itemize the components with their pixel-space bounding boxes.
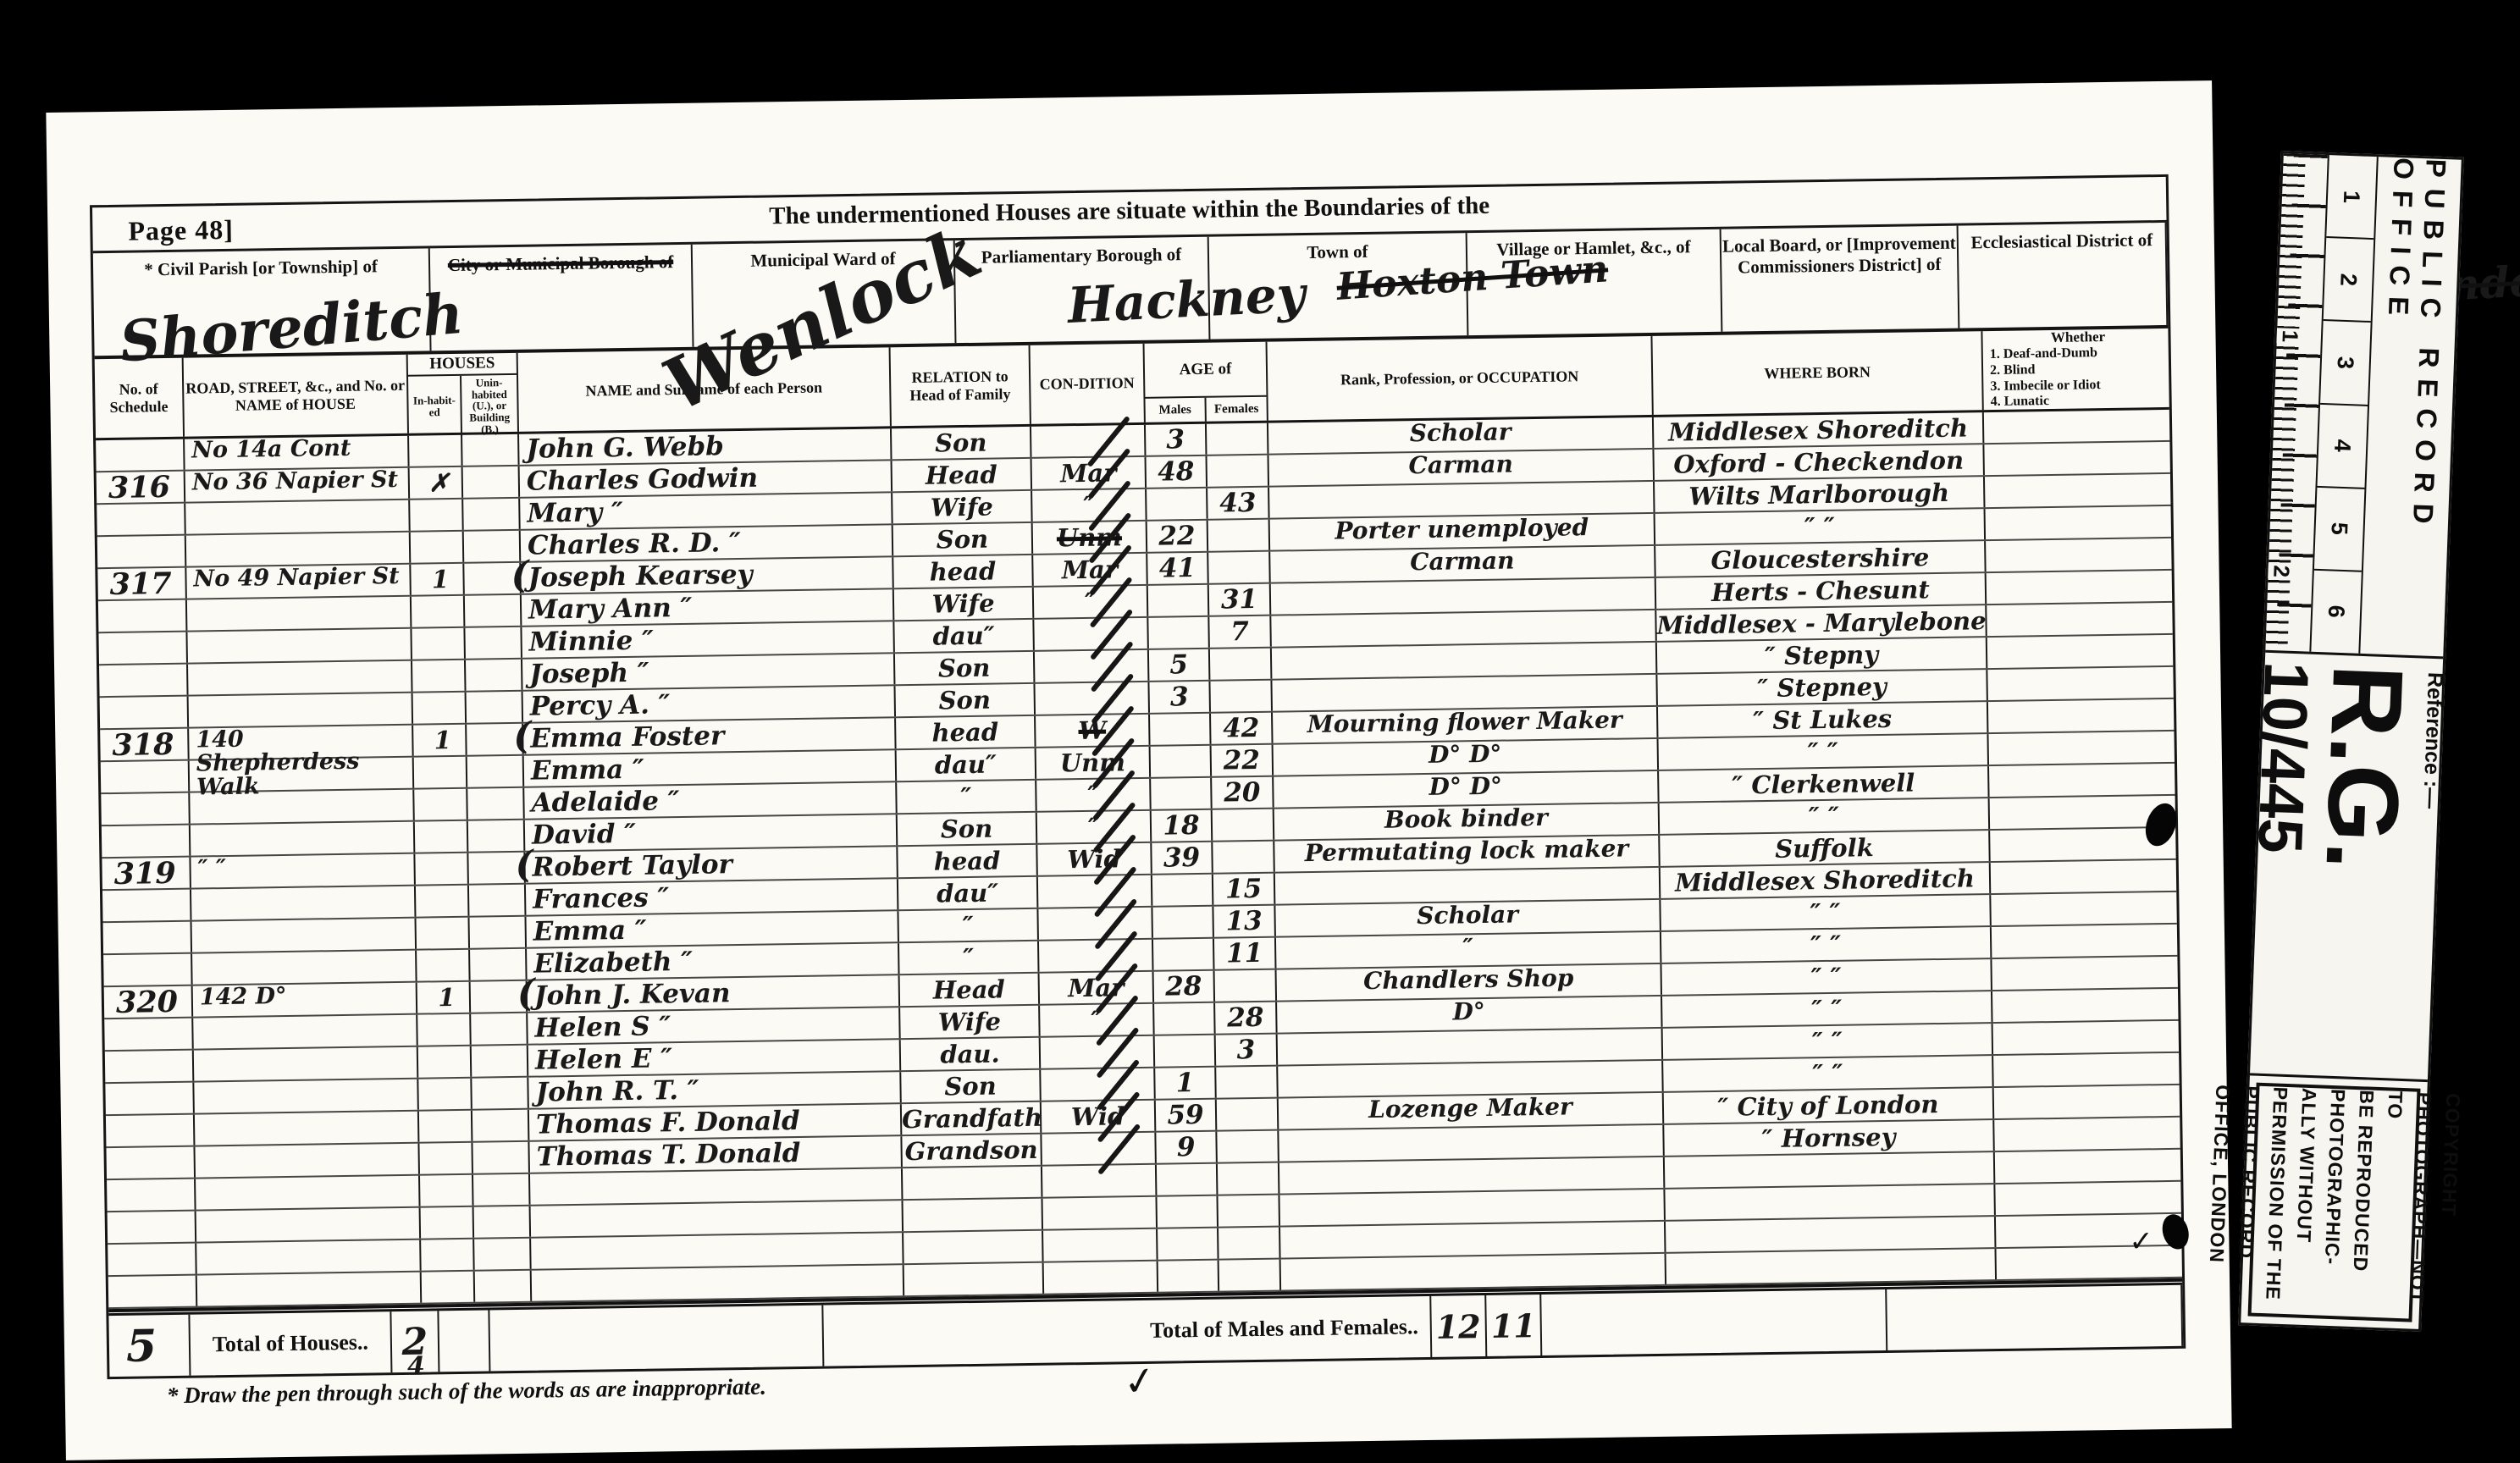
- cell-occupation: Permutating lock maker: [1274, 836, 1660, 872]
- cell-where-born: ″ ″: [1661, 959, 1992, 995]
- pro-reference-strip: 1 2 1 2 3 4 5 6 PUBLIC RECORD OFFICE Ref…: [2238, 151, 2464, 1332]
- col-age: AGE of: [1145, 342, 1267, 397]
- cell-road: [190, 758, 415, 792]
- cell-inhabited: [417, 1014, 472, 1046]
- cell-uninhabited: [474, 1206, 532, 1238]
- cell-where-born: ″ Stepny: [1657, 638, 1987, 673]
- cell-inhabited: [413, 693, 467, 724]
- total-schedules: 5: [108, 1315, 191, 1377]
- col-born: WHERE BORN: [1652, 331, 1983, 415]
- col-condition: CON-DITION: [1031, 344, 1146, 424]
- cell-age-males: [1158, 1261, 1220, 1292]
- ruler-section: 1 2 1 2 3 4 5 6 PUBLIC RECORD OFFICE: [2265, 153, 2461, 659]
- cell-age-females: 7: [1209, 616, 1272, 648]
- cell-whether: [1992, 989, 2179, 1022]
- cell-schedule: 320: [104, 986, 194, 1019]
- copyright-box: COPYRIGHT PHOTOGRAPH—NOT TO BE REPRODUCE…: [2248, 1083, 2421, 1322]
- cell-road: [195, 1144, 420, 1178]
- reference-rg: R.G.: [2303, 663, 2418, 1070]
- cell-whether: [1985, 474, 2171, 507]
- cell-road: [194, 1079, 419, 1113]
- cell-age-males: [1150, 714, 1212, 745]
- cell-road: [192, 951, 417, 985]
- cell-uninhabited: [467, 788, 525, 820]
- col-houses-group: HOUSES In-habit-ed Unin-habited (U.), or…: [408, 353, 519, 433]
- cell-road: [189, 693, 414, 727]
- cell-where-born: ″ ″: [1663, 1024, 1993, 1059]
- person-name: Emma ″: [533, 915, 646, 947]
- cell-schedule: [103, 922, 193, 954]
- person-name: Joseph Kearsey: [528, 560, 753, 593]
- total-uninhabited-cell: [439, 1310, 491, 1372]
- cell-where-born: [1665, 1152, 1995, 1188]
- household-bracket: (: [517, 978, 535, 1009]
- cell-occupation: [1280, 1222, 1666, 1258]
- cell-relation: [904, 1231, 1044, 1263]
- cell-age-males: 28: [1154, 971, 1216, 1002]
- cell-uninhabited: [463, 467, 521, 498]
- cell-inhabited: [412, 628, 466, 660]
- cell-road: 142 D°: [193, 983, 418, 1017]
- cell-uninhabited: [471, 1013, 528, 1045]
- person-name: David ″: [532, 819, 637, 851]
- cell-relation: Grandson: [902, 1135, 1042, 1167]
- cell-age-females: [1208, 520, 1271, 551]
- cell-uninhabited: [466, 660, 523, 691]
- census-form: Page 48] The undermentioned Houses are s…: [90, 174, 2186, 1379]
- cell-inhabited: [419, 1111, 473, 1142]
- cell-relation: dau″: [897, 748, 1037, 781]
- cell-age-females: 28: [1215, 1002, 1278, 1034]
- cell-schedule: [98, 632, 188, 665]
- cell-inhabited: [412, 596, 466, 627]
- cell-age-males: 1: [1155, 1068, 1217, 1099]
- copyright-line-2: BE REPRODUCED PHOTOGRAPHIC-: [2316, 1089, 2382, 1317]
- cell-road: [196, 1240, 422, 1274]
- copyright-line-4: PUBLIC RECORD OFFICE, LONDON: [2201, 1085, 2267, 1313]
- cell-whether: [1995, 1182, 2181, 1215]
- cell-relation: Wife: [894, 588, 1035, 620]
- cell-where-born: [1666, 1217, 1996, 1252]
- pro-office-title: PUBLIC RECORD OFFICE: [2360, 157, 2461, 656]
- cell-road: [188, 661, 413, 695]
- parliamentary-borough-label: Parliamentary Borough of: [981, 244, 1182, 268]
- totals-spacer-4: [1887, 1285, 2183, 1350]
- cell-schedule: [102, 890, 192, 922]
- household-bracket: (: [515, 849, 533, 881]
- cell-name: ( Robert Taylor: [525, 847, 898, 883]
- cell-whether: [1996, 1246, 2182, 1279]
- copyright-line-1: COPYRIGHT PHOTOGRAPH—NOT TO: [2374, 1090, 2468, 1321]
- cell-occupation: Lozenge Maker: [1279, 1093, 1664, 1129]
- cell-road: [197, 1273, 423, 1306]
- cell-occupation: D°: [1277, 996, 1662, 1033]
- cell-age-females: [1207, 423, 1269, 455]
- cell-age-females: 31: [1209, 584, 1272, 616]
- cell-whether: [1988, 731, 2175, 765]
- whether-caption: Whether: [2051, 328, 2106, 346]
- cell-name: Percy A. ″: [523, 686, 896, 722]
- cell-age-females: 20: [1212, 777, 1274, 809]
- cell-uninhabited: [472, 1046, 529, 1077]
- cell-whether: [1992, 957, 2178, 990]
- cell-name: John G. Webb: [519, 428, 892, 465]
- col-whether: Whether 1. Deaf-and-Dumb 2. Blind 3. Imb…: [1982, 328, 2169, 410]
- cell-age-females: [1218, 1195, 1280, 1227]
- pro-office-text: PUBLIC RECORD OFFICE: [2369, 157, 2451, 656]
- cell-name: John R. T. ″: [528, 1072, 901, 1108]
- cell-schedule: [101, 761, 191, 793]
- cell-age-males: [1158, 1228, 1219, 1260]
- cell-age-females: 15: [1213, 874, 1276, 905]
- parliamentary-borough-value: Hackney: [1066, 265, 1307, 334]
- cell-name: [531, 1233, 904, 1269]
- person-name: Charles R. D. ″: [528, 527, 741, 561]
- cell-age-females: [1213, 842, 1275, 873]
- census-page-photo: Page 48] The undermentioned Houses are s…: [46, 80, 2231, 1460]
- total-houses-value: 2 4: [391, 1311, 440, 1372]
- cell-where-born: Middlesex - Marylebone: [1656, 605, 1987, 641]
- cell-whether: [1989, 764, 2175, 797]
- cell-age-males: 18: [1152, 810, 1213, 842]
- cell-occupation: [1269, 482, 1655, 518]
- cell-schedule: 318: [100, 729, 190, 761]
- cell-occupation: Carman: [1270, 546, 1655, 582]
- total-houses-label: Total of Houses..: [191, 1311, 392, 1376]
- cell-age-males: [1154, 1003, 1216, 1035]
- col-males: Males: [1145, 398, 1206, 422]
- field-municipal-borough: City or Municipal Borough of: [430, 245, 694, 351]
- cell-schedule: [103, 954, 193, 986]
- cell-where-born: ″ ″: [1661, 895, 1991, 930]
- cell-name: Adelaide ″: [524, 782, 897, 819]
- cell-name: Elizabeth ″: [527, 943, 899, 980]
- person-name: Frances ″: [533, 882, 670, 914]
- cell-name: Helen S ″: [528, 1008, 900, 1044]
- person-name: John R. T. ″: [535, 1075, 699, 1108]
- cell-condition: [1042, 1197, 1158, 1229]
- cell-uninhabited: [469, 885, 527, 916]
- cell-relation: Head: [900, 974, 1041, 1006]
- cell-occupation: D° D°: [1274, 739, 1659, 776]
- cell-schedule: [99, 665, 189, 697]
- cell-name: Thomas F. Donald: [529, 1104, 902, 1140]
- cell-whether: [1987, 635, 2174, 668]
- person-name: Joseph ″: [529, 658, 649, 690]
- cell-road: [191, 886, 417, 920]
- cell-age-females: [1218, 1163, 1280, 1195]
- cell-age-males: [1152, 907, 1214, 938]
- cell-schedule: 316: [97, 472, 186, 504]
- cell-road: [186, 533, 412, 566]
- cell-inhabited: [421, 1239, 475, 1271]
- cell-road: ″ ″: [191, 854, 416, 888]
- cell-whether: [1988, 699, 2175, 732]
- household-bracket: (: [513, 720, 531, 752]
- cell-uninhabited: [474, 1239, 532, 1270]
- cell-uninhabited: [465, 627, 522, 659]
- copyright-line-3: ALLY WITHOUT PERMISSION OF THE: [2258, 1086, 2324, 1315]
- cell-relation: Son: [901, 1070, 1042, 1102]
- cell-road: No 36 Napier St: [185, 468, 411, 502]
- cell-relation: [904, 1263, 1045, 1295]
- field-ecclesiastical-district: Ecclesiastical District of Holy Trinity: [1959, 223, 2169, 328]
- cell-road: [190, 790, 415, 824]
- cell-schedule: 317: [97, 568, 187, 600]
- cell-age-females: [1213, 809, 1275, 841]
- cell-age-males: 22: [1147, 521, 1209, 552]
- cell-uninhabited: [469, 917, 527, 948]
- cell-road: [193, 1015, 418, 1049]
- cell-age-males: [1157, 1164, 1219, 1195]
- cell-inhabited: [411, 532, 465, 563]
- person-name: Mary Ann ″: [528, 593, 693, 626]
- cell-schedule: 319: [102, 858, 191, 890]
- ruler-box-5: 5: [2314, 488, 2365, 572]
- cell-where-born: Oxford - Checkendon: [1654, 444, 1984, 480]
- cell-inhabited: [415, 821, 469, 853]
- cell-age-males: [1148, 617, 1210, 649]
- cell-inhabited: ✗: [410, 467, 464, 499]
- cell-inhabited: 1: [411, 564, 465, 595]
- cell-schedule: [97, 504, 186, 536]
- cell-name: Charles Godwin: [520, 461, 892, 497]
- ruler-box-4: 4: [2317, 404, 2368, 489]
- cell-age-males: 3: [1149, 682, 1211, 713]
- cell-schedule: [108, 1212, 197, 1244]
- cell-age-males: [1152, 875, 1214, 906]
- cell-age-females: [1219, 1260, 1282, 1291]
- cell-relation: Wife: [892, 491, 1033, 523]
- cell-where-born: Wilts Marlborough: [1655, 477, 1985, 512]
- cell-occupation: Carman: [1268, 450, 1654, 486]
- cell-inhabited: [414, 789, 468, 820]
- cell-age-males: [1157, 1196, 1219, 1228]
- civil-parish-label: * Civil Parish [or Township] of: [144, 256, 378, 279]
- cell-schedule: [98, 600, 188, 632]
- cell-age-females: [1219, 1228, 1281, 1259]
- cell-occupation: Porter unemployed: [1270, 514, 1655, 550]
- person-name: Percy A. ″: [530, 689, 671, 721]
- cell-where-born: Middlesex Shoreditch: [1654, 412, 1984, 448]
- ruler-inch-1: 1: [2276, 328, 2303, 345]
- cell-schedule: [108, 1244, 197, 1276]
- cell-name: Minnie ″: [522, 621, 894, 658]
- cell-name: Frances ″: [526, 879, 898, 915]
- cell-whether: [1987, 603, 2173, 636]
- cell-age-females: [1217, 1099, 1279, 1130]
- cell-uninhabited: [475, 1271, 533, 1302]
- cell-road: [185, 500, 411, 534]
- cell-relation: Grandfath: [902, 1102, 1042, 1135]
- cell-age-females: 11: [1214, 938, 1277, 969]
- cell-where-born: Middlesex Shoreditch: [1661, 863, 1991, 898]
- cell-name: ( John J. Kevan: [528, 975, 900, 1012]
- cell-occupation: ″: [1276, 932, 1661, 969]
- cell-age-males: 39: [1152, 842, 1213, 874]
- cell-where-born: Suffolk: [1660, 831, 1990, 866]
- col-females: Females: [1206, 397, 1266, 422]
- whether-item-4: 4. Lunatic: [1991, 394, 2050, 411]
- cell-age-females: [1215, 970, 1278, 1002]
- cell-occupation: [1275, 868, 1661, 904]
- col-uninhabited: Unin-habited (U.), or Building (B.): [461, 375, 517, 437]
- cell-occupation: [1278, 1061, 1663, 1097]
- person-name: Robert Taylor: [532, 849, 732, 883]
- cell-age-females: 3: [1216, 1035, 1279, 1066]
- cell-name: Emma ″: [526, 911, 898, 947]
- cell-occupation: Scholar: [1268, 417, 1654, 454]
- ecclesiastical-district-label: Ecclesiastical District of: [1970, 229, 2152, 252]
- cell-whether: [1984, 442, 2170, 475]
- total-males: 12: [1431, 1295, 1487, 1357]
- cell-relation: Son: [895, 684, 1036, 716]
- cell-uninhabited: [463, 499, 521, 530]
- cell-occupation: [1279, 1190, 1665, 1226]
- whether-item-3: 3. Imbecile or Idiot: [1990, 378, 2101, 395]
- cell-where-born: ″ ″: [1661, 927, 1992, 963]
- cell-schedule: [107, 1179, 196, 1212]
- cell-where-born: ″ Clerkenwell: [1659, 766, 1989, 802]
- cell-name: Helen E ″: [528, 1040, 901, 1076]
- cell-name: David ″: [525, 814, 898, 851]
- cell-relation: dau.: [901, 1038, 1042, 1070]
- cell-road: [187, 629, 412, 663]
- cell-road: [196, 1176, 421, 1210]
- cell-inhabited: [422, 1272, 476, 1303]
- cell-whether: [1987, 571, 2173, 604]
- cell-occupation: Scholar: [1275, 900, 1661, 936]
- cell-inhabited: [419, 1143, 473, 1174]
- cell-occupation: Mourning flower Maker: [1273, 707, 1658, 743]
- household-bracket: (: [511, 560, 528, 591]
- cell-schedule: [108, 1276, 198, 1308]
- cell-inhabited: [418, 1046, 472, 1078]
- cell-where-born: ″ ″: [1662, 991, 1992, 1027]
- person-name: Helen E ″: [535, 1043, 673, 1075]
- ruler-inch-2: 2: [2268, 563, 2295, 580]
- footnote: * Draw the pen through such of the words…: [167, 1374, 767, 1410]
- cell-whether: [1991, 860, 2177, 893]
- cell-name: Mary ″: [520, 493, 892, 529]
- person-name: John G. Webb: [526, 431, 724, 464]
- cell-where-born: ″ City of London: [1664, 1088, 1994, 1123]
- municipal-borough-label: City or Municipal Borough of: [448, 251, 674, 275]
- person-name: Minnie ″: [528, 625, 654, 657]
- cell-relation: head: [896, 716, 1036, 748]
- cell-inhabited: [409, 435, 463, 467]
- cell-where-born: ″ Stepney: [1657, 670, 1987, 705]
- cell-age-males: [1151, 746, 1213, 777]
- field-civil-parish: * Civil Parish [or Township] of Shoredit…: [93, 248, 432, 356]
- cell-relation: Son: [893, 523, 1034, 555]
- cell-whether: [1996, 1214, 2182, 1247]
- cell-inhabited: [416, 918, 470, 949]
- houses-ink-mark: 4: [407, 1352, 425, 1382]
- cell-occupation: Chandlers Shop: [1277, 964, 1662, 1001]
- cell-inhabited: [410, 500, 464, 531]
- cell-relation: ″: [897, 781, 1037, 813]
- totals-spacer-3: [1542, 1289, 1887, 1355]
- cell-age-males: 41: [1147, 553, 1209, 584]
- cell-age-females: [1207, 455, 1270, 487]
- cell-schedule: [102, 825, 191, 858]
- cell-road: No 14a Cont: [185, 436, 410, 470]
- person-name: Thomas F. Donald: [536, 1106, 800, 1140]
- cell-occupation: [1279, 1125, 1664, 1162]
- cell-road: [194, 1047, 419, 1081]
- cell-schedule: [100, 697, 190, 729]
- pen-checkmark-small: ✓: [2129, 1224, 2153, 1258]
- cell-age-females: [1210, 681, 1273, 712]
- local-board-label: Local Board, or [Improvement Commissione…: [1722, 233, 1956, 278]
- cell-relation: Wife: [900, 1006, 1041, 1038]
- cell-name: Thomas T. Donald: [529, 1136, 902, 1173]
- totals-spacer-2: [824, 1302, 1053, 1366]
- person-name: Emma ″: [531, 754, 644, 787]
- cell-whether: [1993, 1021, 2180, 1054]
- cell-inhabited: [416, 886, 470, 917]
- cell-name: ( Emma Foster: [523, 718, 896, 754]
- cell-whether: [1986, 538, 2172, 571]
- cell-inhabited: [418, 1079, 472, 1110]
- col-inhabited: In-habit-ed: [408, 376, 462, 438]
- cell-road: [196, 1208, 422, 1242]
- cell-relation: ″: [898, 909, 1039, 941]
- cell-schedule: [101, 793, 191, 825]
- cell-whether: [1986, 506, 2172, 539]
- cell-whether: [1993, 1053, 2180, 1086]
- cell-road: 140 Shepherdess Walk: [189, 726, 414, 759]
- cell-uninhabited: [472, 1078, 529, 1109]
- ruler-box-2: 2: [2324, 238, 2374, 323]
- totals-spacer-1: [490, 1306, 825, 1372]
- cell-inhabited: [414, 757, 468, 788]
- cell-relation: dau″: [894, 620, 1035, 652]
- cell-road: [195, 1112, 420, 1146]
- cell-schedule: [104, 1019, 194, 1051]
- person-name: Emma Foster: [530, 720, 724, 754]
- cell-schedule: [96, 439, 185, 472]
- whether-item-1: 1. Deaf-and-Dumb: [1990, 345, 2097, 363]
- cell-age-males: [1153, 939, 1215, 970]
- cell-uninhabited: [465, 595, 522, 627]
- cell-age-males: 9: [1156, 1132, 1218, 1163]
- person-name: Mary ″: [527, 497, 623, 529]
- cell-inhabited: 1: [413, 725, 467, 756]
- cell-age-females: [1216, 1067, 1279, 1098]
- cell-name: ( Joseph Kearsey: [521, 557, 893, 593]
- footnote-text: * Draw the pen through such of the words…: [167, 1374, 767, 1409]
- cell-inhabited: [417, 950, 471, 981]
- cell-occupation: D° D°: [1274, 771, 1659, 808]
- cell-age-males: [1151, 778, 1213, 809]
- cell-occupation: [1271, 610, 1656, 647]
- cell-condition: [1043, 1229, 1158, 1261]
- cell-occupation: [1271, 578, 1656, 615]
- cell-age-females: 43: [1207, 488, 1270, 519]
- cell-age-males: 48: [1147, 456, 1208, 488]
- person-name: Helen S ″: [534, 1011, 671, 1043]
- cell-whether: [1984, 410, 2170, 443]
- cell-whether: [1987, 667, 2174, 700]
- person-name: Adelaide ″: [531, 786, 680, 819]
- cell-schedule: [105, 1051, 195, 1083]
- census-rows: No 14a Cont John G. Webb Son 3 Scholar: [96, 410, 2182, 1309]
- cell-relation: [903, 1167, 1043, 1199]
- cell-schedule: [105, 1083, 195, 1115]
- cell-relation: dau″: [898, 877, 1039, 909]
